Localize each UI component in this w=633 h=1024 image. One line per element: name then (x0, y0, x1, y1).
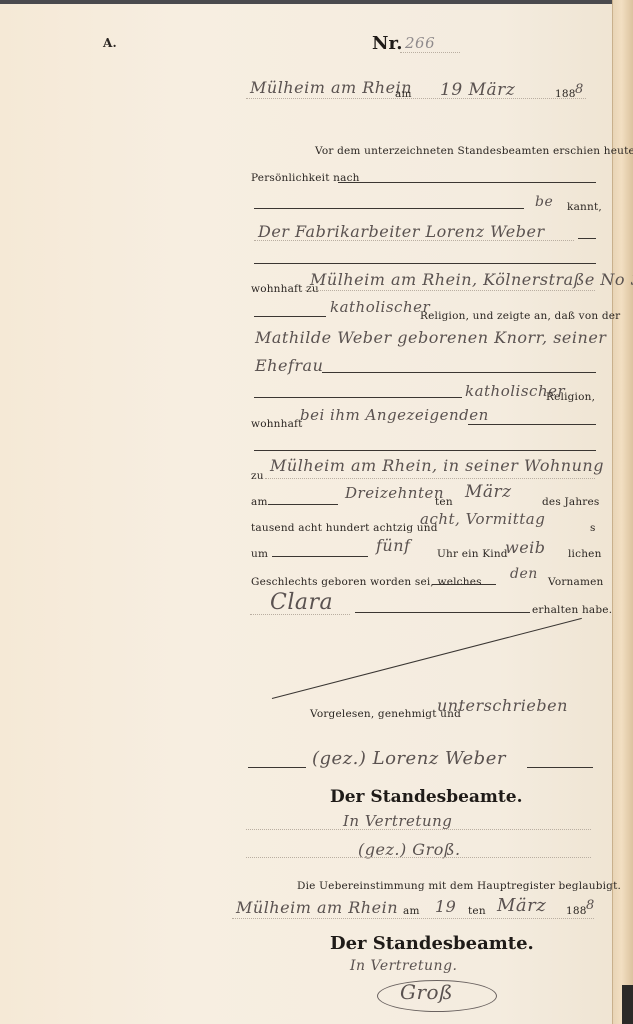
signer-rule-left (248, 767, 306, 768)
residence-rule (305, 290, 595, 291)
child-name-rule (250, 614, 350, 615)
birth-month: März (465, 482, 512, 502)
sex-hand: weib (505, 538, 546, 557)
cert-place: Mülheim am Rhein (236, 898, 398, 917)
birth-place: Mülheim am Rhein, in seiner Wohnung (270, 456, 604, 475)
intro-text: Vor dem unterzeichneten Standesbeamten e… (315, 145, 633, 157)
signer-signature: (gez.) Lorenz Weber (312, 748, 506, 769)
residence-label: wohnhaft zu (251, 283, 319, 295)
binding-shadow (622, 985, 633, 1024)
cert-day: 19 (435, 897, 456, 916)
child-name-line (355, 612, 530, 613)
known-hand: be (535, 194, 553, 210)
des-jahres: des Jahres (542, 496, 600, 508)
mother-religion-print: Religion, (546, 391, 595, 403)
certification-text: Die Uebereinstimmung mit dem Hauptregist… (297, 880, 621, 892)
welches-rule (432, 584, 496, 585)
um-label: um (251, 548, 268, 560)
mother-residence-label: wohnhaft (251, 418, 303, 430)
identity-rule (338, 182, 596, 183)
child-name: Clara (270, 590, 333, 615)
erhalten: erhalten habe. (532, 604, 612, 616)
birth-day-rule (268, 504, 338, 505)
year-hand: acht, Vormittag (420, 510, 545, 528)
vornamen: Vornamen (548, 576, 604, 588)
birth-ten: ten (435, 496, 453, 508)
informant-rule (254, 240, 574, 241)
cert-signature: Groß (400, 980, 453, 1004)
hour-rule (272, 556, 368, 557)
signer-rule-right (527, 767, 593, 768)
cert-deputy: In Vertretung. (350, 958, 457, 974)
cert-official-title: Der Standesbeamte. (330, 933, 534, 954)
form-letter: A. (103, 36, 117, 50)
cert-am: am (403, 905, 420, 917)
mother-cont: Ehefrau (255, 356, 323, 375)
cert-year-suffix: 8 (586, 898, 595, 913)
cert-ten: ten (468, 905, 486, 917)
zu-label: zu (251, 470, 264, 482)
official-title: Der Standesbeamte. (330, 787, 523, 807)
mother-residence-rule (468, 424, 596, 425)
residence: Mülheim am Rhein, Kölnerstraße No 35 (310, 270, 633, 289)
informant: Der Fabrikarbeiter Lorenz Weber (258, 222, 545, 241)
record-number-value: 266 (405, 34, 435, 52)
year-s: s (590, 522, 596, 534)
cert-rule (232, 918, 594, 919)
informant-end-rule (578, 238, 596, 239)
lichen: lichen (568, 548, 602, 560)
mother-religion-rule (254, 397, 462, 398)
mother-residence: bei ihm Angezeigenden (300, 406, 489, 424)
header-year-prefix: 188 (555, 88, 576, 100)
deputy-note: In Vertretung (343, 812, 452, 830)
blank-rule-2 (254, 450, 596, 451)
record-number-label: Nr. (372, 33, 403, 54)
geschlechts-text: Geschlechts geboren worden sei, welches (251, 576, 482, 588)
header-year-suffix: 8 (575, 82, 584, 97)
cert-month: März (497, 895, 546, 916)
welches-hand: den (510, 566, 538, 582)
religion-hand: katholischer (330, 298, 430, 316)
year-text: tausend acht hundert achtzig und (251, 522, 438, 534)
known-print: kannt, (567, 201, 602, 213)
blank-rule (254, 263, 596, 264)
birth-am: am (251, 496, 268, 508)
identity-rule-2 (254, 208, 524, 209)
deputy-rule (246, 829, 591, 830)
birth-place-rule (265, 478, 595, 479)
header-place: Mülheim am Rhein (250, 78, 412, 97)
hour: fünf (376, 536, 410, 555)
official-sig-rule (246, 857, 591, 858)
mother-rule (322, 372, 596, 373)
header-date: 19 März (440, 80, 515, 100)
birth-day: Dreizehnten (345, 484, 444, 502)
header-am: am (395, 88, 412, 100)
uhr-text: Uhr ein Kind (437, 548, 508, 560)
approved-hand: unterschrieben (437, 696, 568, 715)
header-rule (246, 98, 586, 99)
number-rule (400, 52, 460, 53)
religion-rule (254, 316, 326, 317)
religion-print: Religion, und zeigte an, daß von der (420, 310, 620, 322)
cert-year-prefix: 188 (566, 905, 587, 917)
mother: Mathilde Weber geborenen Knorr, seiner (255, 328, 606, 347)
